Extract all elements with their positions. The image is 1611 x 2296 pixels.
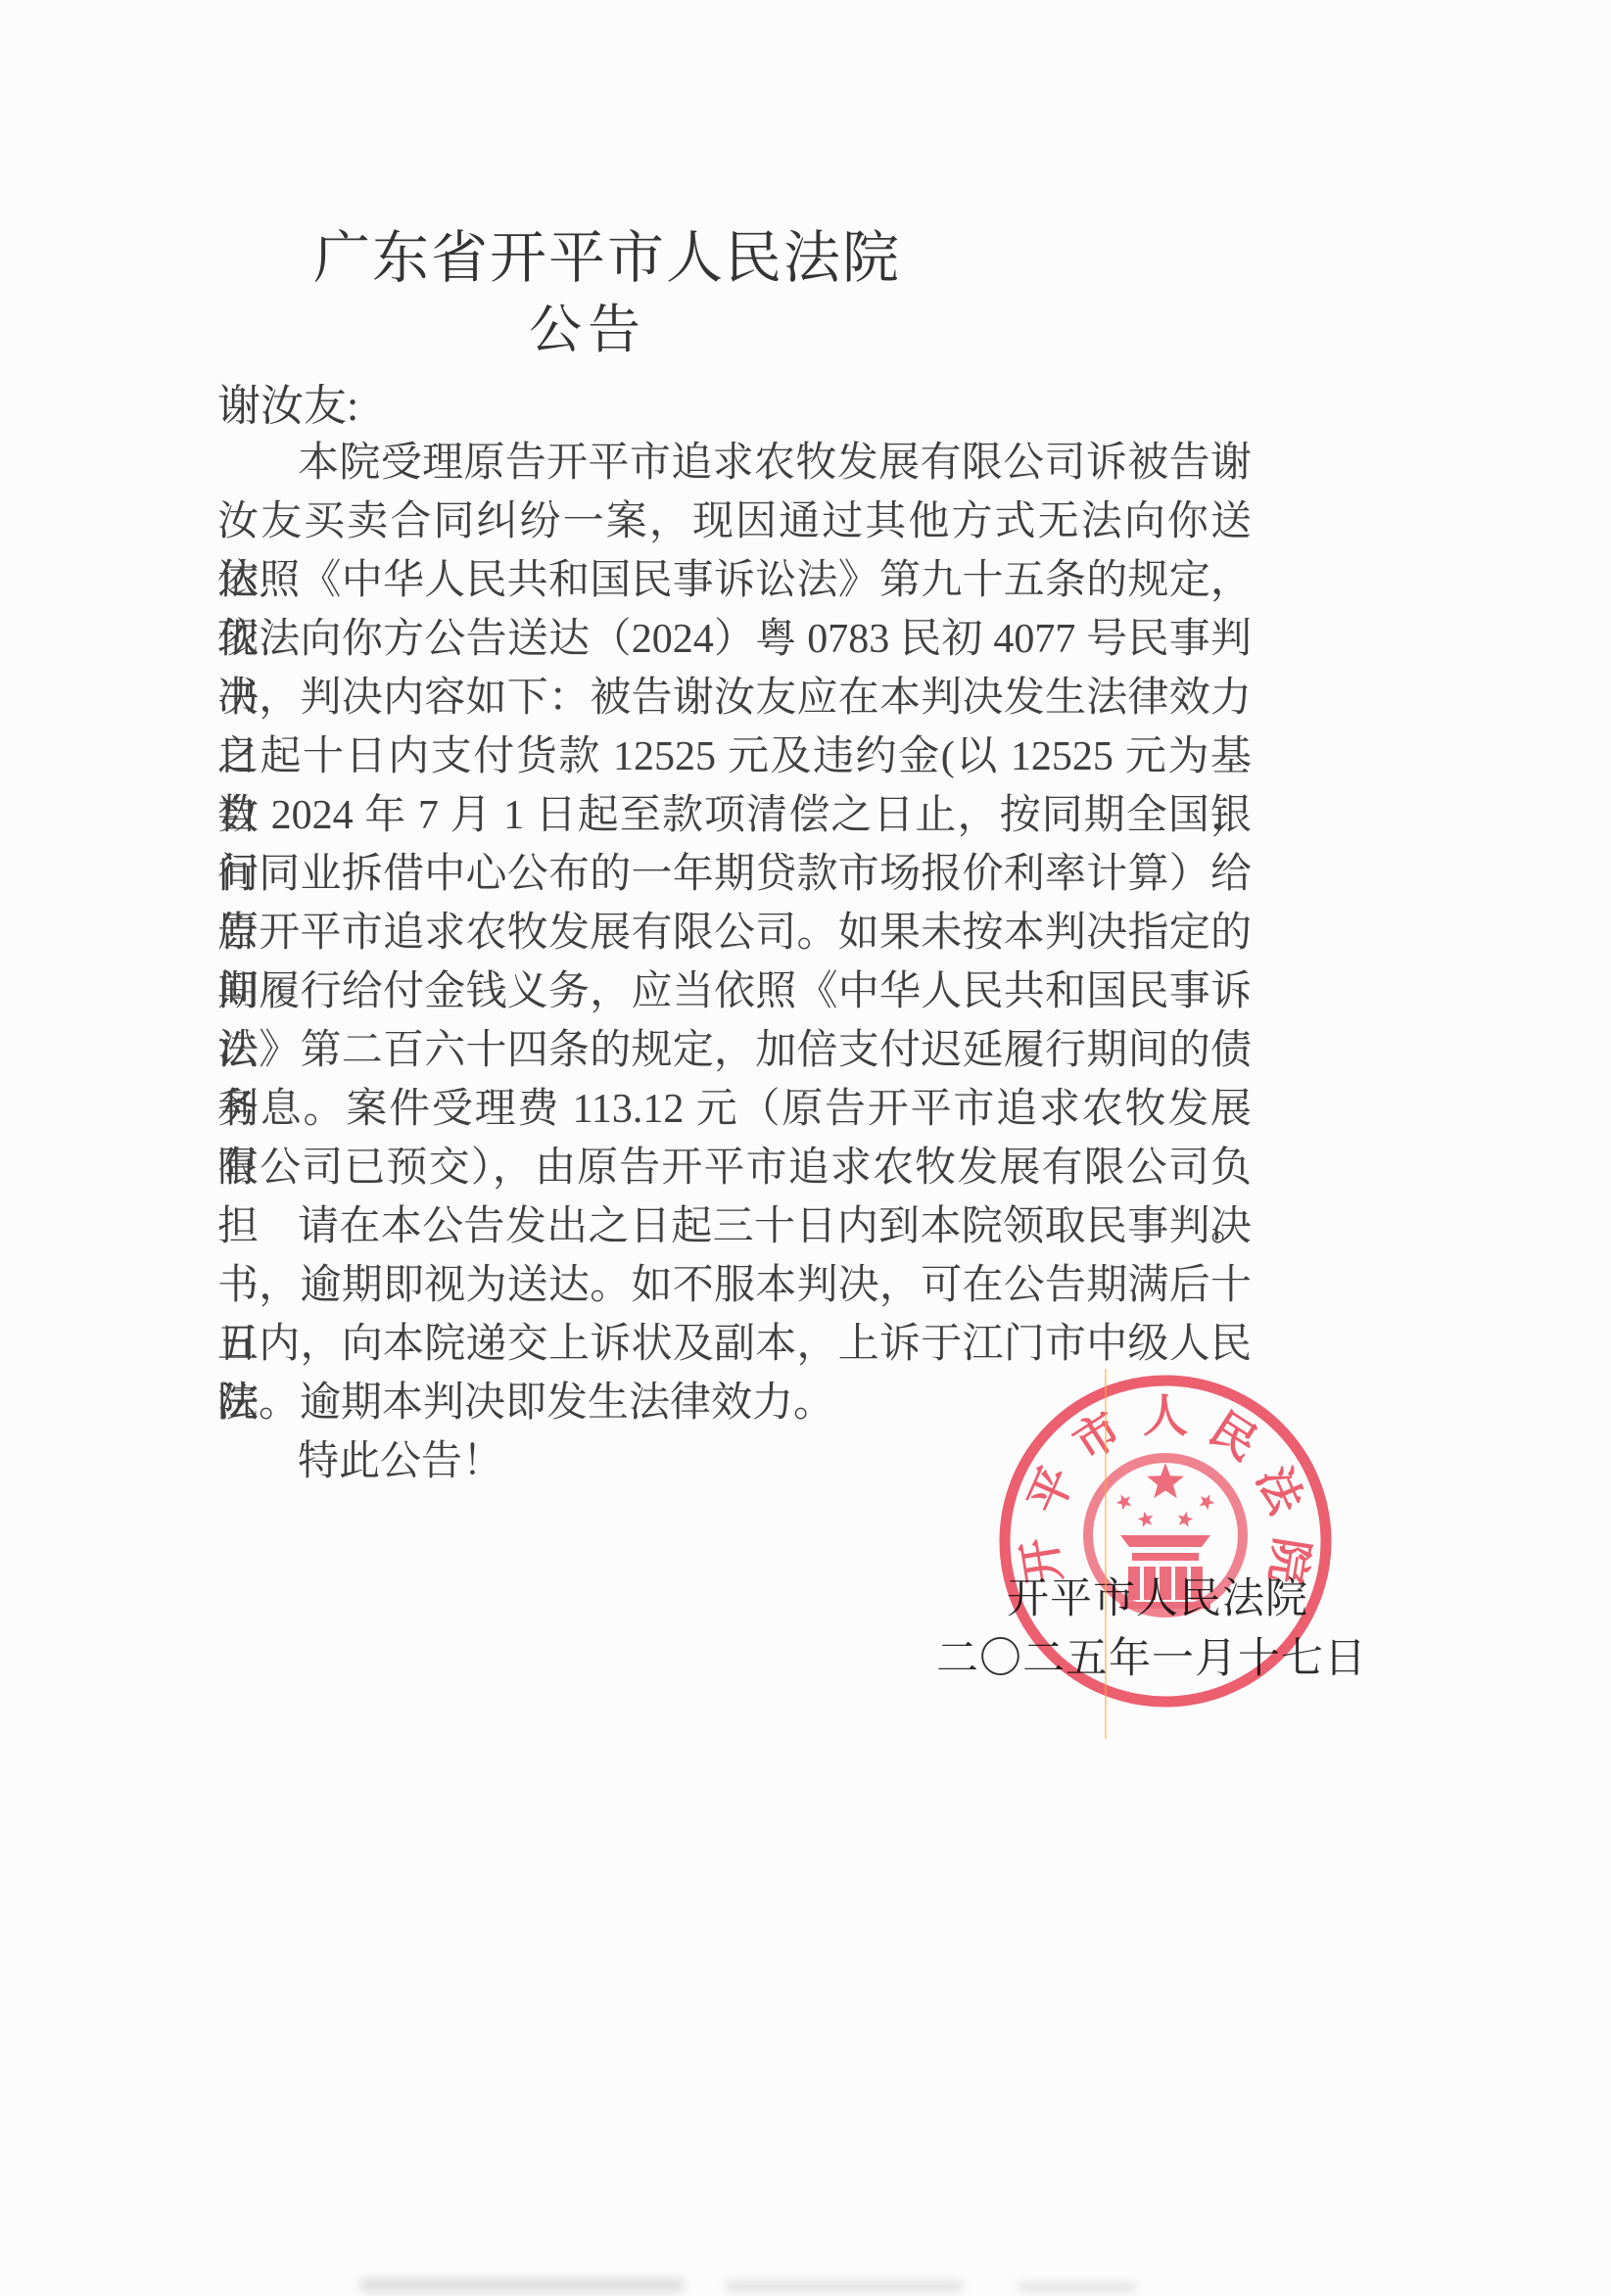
page-title: 广东省开平市人民法院 [0, 211, 1214, 294]
scan-artifact [360, 2278, 684, 2292]
doc-subtitle: 公告 [0, 288, 1175, 363]
body-line: 依照《中华人民共和国民事诉讼法》第九十五条的规定，现 [217, 551, 1252, 610]
salutation: 谢汝友: [217, 370, 358, 433]
scan-artifact [727, 2281, 962, 2291]
signature-court-name: 开平市人民法院 [1007, 1566, 1308, 1625]
small-star-icon [1136, 1510, 1155, 1527]
body-line: 书，逾期即视为送达。如不服本判决，可在公告期满后十五 [217, 1256, 1252, 1315]
body-line: 本院受理原告开平市追求农牧发展有限公司诉被告谢 [217, 434, 1252, 492]
svg-text:人: 人 [1143, 1391, 1188, 1441]
body-line: 依法向你方公告送达（2024）粤 0783 民初 4077 号民事判决 [217, 610, 1252, 669]
big-star-icon [1147, 1463, 1184, 1498]
body-line: 自 2024 年 7 月 1 日起至款项清偿之日止，按同期全国银行 [217, 786, 1252, 845]
body-line: 间履行给付金钱义务，应当依照《中华人民共和国民事诉讼 [217, 962, 1252, 1021]
scan-artifact [1019, 2283, 1136, 2291]
body-line: 告开平市追求农牧发展有限公司。如果未按本判决指定的期 [217, 904, 1252, 962]
svg-text:法: 法 [1248, 1460, 1312, 1523]
body-line: 汝友买卖合同纠纷一案，现因通过其他方式无法向你送达， [217, 492, 1252, 551]
body-line: 书，判决内容如下：被告谢汝友应在本判决发生法律效力之 [217, 669, 1252, 727]
scanner-streak [1105, 1369, 1107, 1739]
body-line: 限公司已预交），由原告开平市追求农牧发展有限公司负担。 [217, 1139, 1252, 1197]
announcement-body: 本院受理原告开平市追求农牧发展有限公司诉被告谢 汝友买卖合同纠纷一案，现因通过其… [217, 434, 1252, 1491]
small-star-icon [1113, 1491, 1134, 1512]
body-line: 法》第二百六十四条的规定，加倍支付迟延履行期间的债务 [217, 1021, 1252, 1080]
signature-date: 二〇二五年一月十七日 [936, 1625, 1367, 1685]
body-line: 请在本公告发出之日起三十日内到本院领取民事判决 [217, 1197, 1252, 1256]
body-line: 日内，向本院递交上诉状及副本，上诉于江门市中级人民法 [217, 1315, 1252, 1374]
body-line: 利息。案件受理费 113.12 元（原告开平市追求农牧发展有 [217, 1080, 1252, 1139]
scanned-court-announcement-page: 广东省开平市人民法院 公告 谢汝友: 本院受理原告开平市追求农牧发展有限公司诉被… [0, 0, 1611, 2296]
body-line: 日起十日内支付货款 12525 元及违约金(以 12525 元为基数， [217, 727, 1252, 786]
body-line: 间同业拆借中心公布的一年期贷款市场报价利率计算）给原 [217, 845, 1252, 904]
small-star-icon [1197, 1491, 1217, 1512]
small-star-icon [1176, 1510, 1195, 1527]
svg-text:平: 平 [1019, 1460, 1083, 1522]
